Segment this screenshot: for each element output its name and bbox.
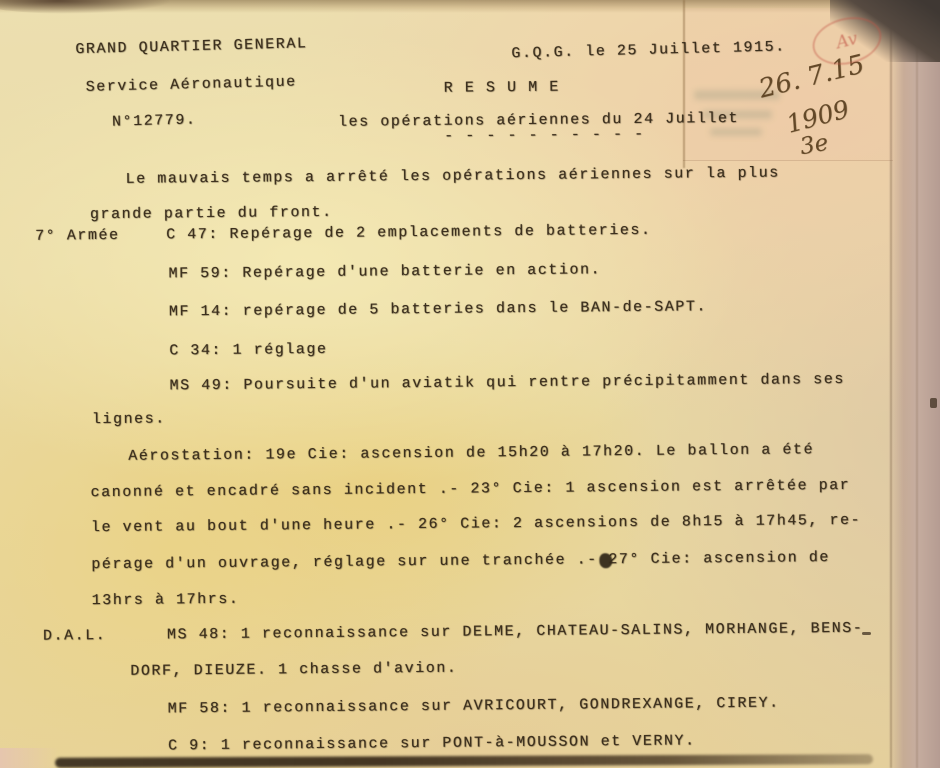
typed-line: canonné et encadré sans incident .- 23° … — [91, 477, 851, 501]
typed-line: 13hrs à 17hrs. — [92, 591, 240, 609]
typed-line: le vent au bout d'une heure .- 26° Cie: … — [91, 512, 861, 536]
typed-line: MF 59: Repérage d'une batterie en action… — [168, 261, 601, 282]
typed-line: MF 58: 1 reconnaissance sur AVRICOURT, G… — [168, 695, 780, 718]
typed-line: grande partie du front. — [90, 204, 333, 223]
typed-line: R E S U M E — [444, 79, 560, 97]
typed-line: - - - - - - - - - - — [444, 126, 645, 145]
typed-line: C 34: 1 réglage — [169, 341, 327, 360]
red-stamp-label: Av — [834, 29, 859, 54]
typed-line: MF 14: repérage de 5 batteries dans le B… — [169, 298, 707, 320]
typed-line: pérage d'un ouvrage, réglage sur une tra… — [91, 549, 830, 573]
typed-line: 7° Armée — [35, 227, 120, 245]
typed-line: C 9: 1 reconnaissance sur PONT-à-MOUSSON… — [168, 732, 696, 754]
document-photo: GRAND QUARTIER GENERALService Aéronautiq… — [0, 0, 940, 768]
typed-line: G.Q.G. le 25 Juillet 1915. — [511, 38, 786, 62]
typed-line: DORF, DIEUZE. 1 chasse d'avion. — [130, 660, 457, 680]
typed-line: C 47: Repérage de 2 emplacements de batt… — [166, 222, 652, 244]
typed-line: N°12779. — [112, 111, 197, 130]
handwritten-note: 3e — [798, 130, 830, 161]
typed-line: GRAND QUARTIER GENERAL — [75, 35, 307, 58]
typed-line: Le mauvais temps a arrêté les opérations… — [126, 165, 780, 188]
typed-line: Service Aéronautique — [86, 74, 297, 96]
typed-line: MS 49: Poursuite d'un aviatik qui rentre… — [170, 371, 845, 394]
typed-line: lignes. — [92, 410, 166, 428]
typed-line: MS 48: 1 reconnaissance sur DELME, CHATE… — [167, 620, 864, 644]
typed-line: Aérostation: 19e Cie: ascension de 15h20… — [128, 441, 814, 465]
typed-line: D.A.L. — [43, 627, 106, 645]
